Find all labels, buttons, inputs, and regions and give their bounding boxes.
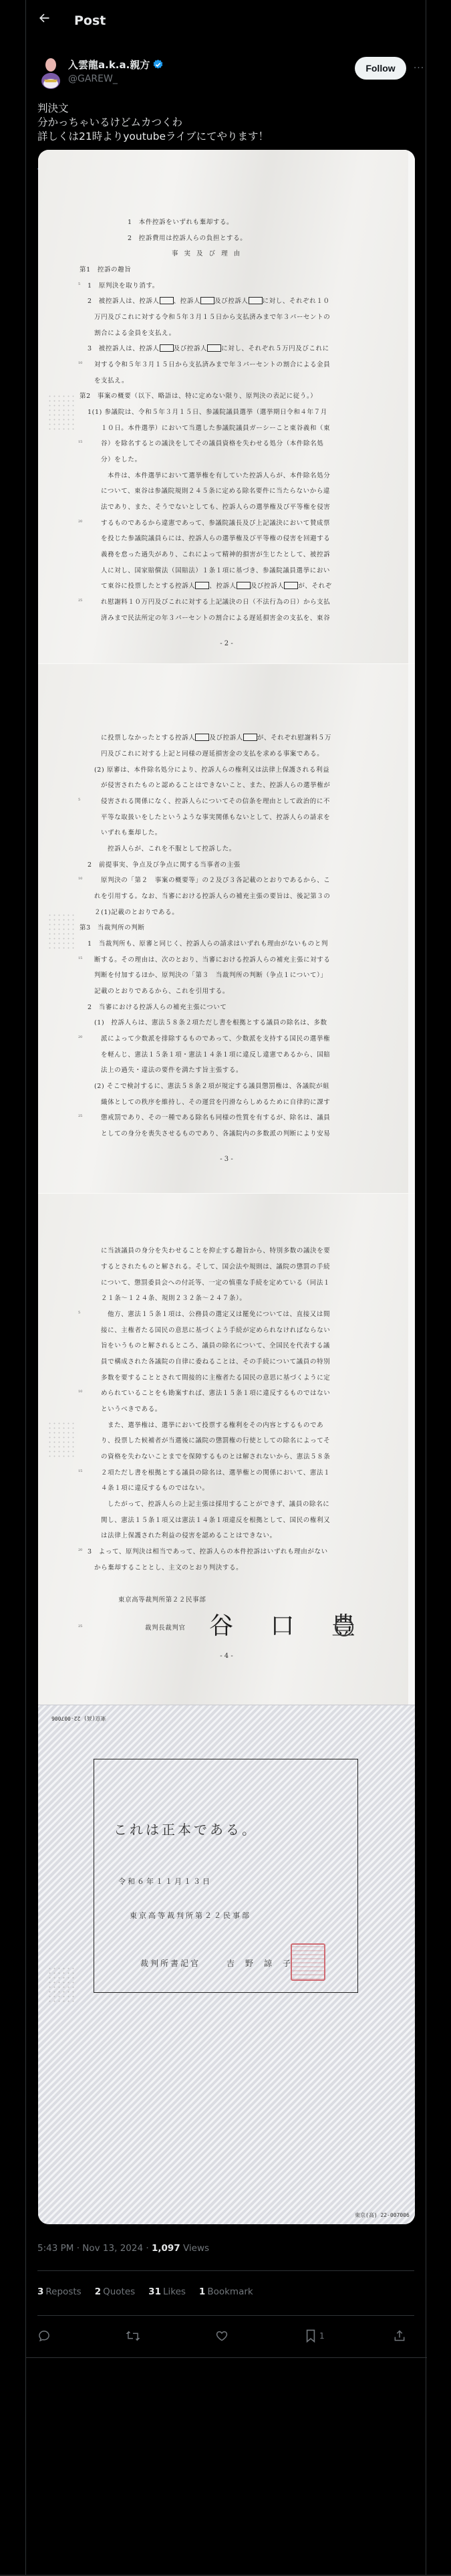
divider — [37, 2315, 414, 2316]
page-edge — [408, 664, 415, 1194]
post-time[interactable]: 5:43 PM — [37, 2243, 73, 2254]
doc-line: 法上の過失・違法の要件を満たす旨主張する。 — [101, 1065, 243, 1074]
reply-icon — [37, 2329, 51, 2343]
doc-line: するものであるから違憲であって、参議院議長及び上記議決において賛成票 — [101, 518, 330, 527]
doc-line: (2) そこで検討するに、憲法５８条２項が規定する議員懲罰権は、各議院が組 — [94, 1081, 329, 1090]
redaction-box — [243, 734, 257, 741]
doc-line: 法であり、また、そうでないとしても、控訴人らの選挙権及び平等権を侵害 — [101, 502, 330, 511]
doc-line: 1 原判決を取り消す。 — [88, 280, 159, 290]
doc-line: としての身分を喪失させるものであり、各議院内の多数派の判断により安易 — [101, 1128, 330, 1138]
doc-line: ２１条～１２４条、規則２３２条～２４７条）。 — [101, 1293, 246, 1302]
serial-number: 東京(高) 22-007006 — [355, 2212, 410, 2219]
doc-line: を支払え。 — [94, 375, 128, 385]
page-edge — [408, 1194, 415, 1705]
bookmarks-label: Bookmark — [207, 2286, 253, 2297]
doc-line: 派によって少数派を排除するものであって、少数派を支持する国民の選挙権 — [101, 1033, 330, 1043]
punch-hole-dots — [47, 1421, 74, 1458]
doc-line: 分）をした。 — [101, 454, 142, 463]
page-title: Post — [74, 13, 106, 28]
doc-line: ４条１項に違反するものではない。 — [101, 1483, 209, 1492]
reposts-stat[interactable]: 3Reposts — [37, 2286, 82, 2297]
line-number: 15 — [78, 956, 82, 960]
name-row: 入雲龍a.k.a.親方 — [68, 58, 164, 72]
likes-label: Likes — [163, 2286, 186, 2297]
punch-hole-dots — [47, 394, 74, 431]
certification-title: これは正本である。 — [114, 1819, 258, 1838]
bookmarks-count: 1 — [199, 2286, 205, 2297]
reply-button[interactable] — [37, 2328, 51, 2344]
clerk-name: 吉 野 諒 子 — [227, 1957, 292, 1969]
court-name: 東京高等裁判所第２２民事部 — [118, 1594, 206, 1604]
certification-court: 東京高等裁判所第２２民事部 — [130, 1910, 251, 1921]
engagement-stats: 3Reposts 2Quotes 31Likes 1Bookmark — [37, 2286, 253, 2297]
doc-section-heading: 第2 事案の概要（以下、略語は、特に定めない限り、原判決の表記に従う。） — [80, 391, 317, 400]
line-number: 5 — [78, 798, 80, 802]
doc-line: 控訴人らが、これを不服として控訴した。 — [108, 843, 236, 853]
line-number: 20 — [78, 1548, 82, 1552]
doc-line: (2) 原審は、本件除名処分により、控訴人らの権利又は法律上保護される利益 — [94, 764, 329, 774]
certification-date: 令和６年１１月１３日 — [118, 1876, 212, 1887]
redaction-box — [284, 582, 298, 589]
line-number: 25 — [78, 599, 82, 603]
doc-line: ２(1)記載のとおりである。 — [94, 907, 178, 916]
likes-count: 31 — [148, 2286, 161, 2297]
likes-stat[interactable]: 31Likes — [148, 2286, 186, 2297]
doc-line: 割合による金員を支払え。 — [94, 328, 176, 337]
line-number: 25 — [78, 1624, 82, 1628]
document-page-2: 1 本件控訴をいずれも棄却する。 2 控訴費用は控訴人らの負担とする。 事 実 … — [38, 150, 415, 664]
doc-section-heading: 第1 控訴の趣旨 — [80, 264, 131, 274]
doc-line: は法律上保護された利益の侵害を認めることはできない。 — [101, 1530, 277, 1539]
doc-line: 記載のとおりであるから、これを引用する。 — [94, 986, 229, 995]
page-number: - 2 - — [38, 640, 415, 647]
doc-line: 関し、憲法１５条１項又は憲法１４条１項違反を根拠として、国民の権利又 — [101, 1515, 330, 1524]
line-number: 10 — [78, 1390, 82, 1394]
doc-line: (1) 控訴人らは、憲法５８条２項ただし書を根拠とする議員の除名は、多数 — [94, 1017, 327, 1027]
avatar[interactable] — [37, 57, 64, 89]
line-number: 15 — [78, 1469, 82, 1473]
reposts-label: Reposts — [45, 2286, 81, 2297]
doc-line: いずれも棄却した。 — [101, 827, 162, 837]
doc-section-heading: 2 前提事実、争点及び争点に関する当事者の主張 — [88, 859, 241, 869]
post-timestamp: 5:43 PM · Nov 13, 2024 · 1,097 Views — [37, 2243, 209, 2254]
document-page-4: に当該議員の身分を失わせることを抑止する趣旨から、特別多数の議決を要 するとされ… — [38, 1194, 415, 1705]
doc-section-heading: 第3 当裁判所の判断 — [80, 922, 145, 932]
doc-line: 済みまで民法所定の年３パーセントの割合による遅延損害金の支払を、東谷 — [101, 613, 330, 622]
doc-line: 他方、憲法１５条１項は、公務員の選定又は罷免については、直接又は間 — [108, 1309, 330, 1318]
doc-line: 織体としての秩序を維持し、その運営を円滑ならしめるために自律的に課す — [101, 1097, 330, 1106]
quotes-count: 2 — [95, 2286, 101, 2297]
bookmark-count: 1 — [319, 2331, 325, 2341]
clerk-title: 裁判所書記官 — [140, 1957, 200, 1969]
post-date[interactable]: Nov 13, 2024 — [82, 2243, 143, 2254]
line-number: 20 — [78, 1035, 82, 1039]
doc-line: 対する令和５年３月１５日から支払済みまで年３パーセントの割合による金員 — [94, 359, 330, 368]
page-number: - 3 - — [38, 1156, 415, 1163]
doc-line: 3 被控訴人は、控訴人及び控訴人に対し、それぞれ５万円及びこれに — [88, 343, 329, 352]
doc-line: また、選挙権は、選挙において投票する権利をその内容とするものであ — [108, 1420, 323, 1429]
display-name[interactable]: 入雲龍a.k.a.親方 — [68, 58, 150, 72]
punch-hole-dots — [47, 1966, 74, 2003]
more-options-icon[interactable]: ··· — [412, 62, 426, 75]
doc-line: 平等な取扱いをしたというような事実関係もないとして、控訴人らの請求を — [101, 812, 330, 821]
arrow-left-icon — [37, 11, 51, 25]
doc-line: 万円及びこれに対する令和５年３月１５日から支払済みまで年３パーセントの — [94, 312, 330, 321]
judge-title: 裁判長裁判官 — [145, 1622, 186, 1632]
punch-hole-dots — [47, 913, 74, 950]
doc-line: 員で構成された各議院の自律に委ねることは、その手続について議員の特別 — [101, 1356, 330, 1366]
redaction-box — [237, 582, 251, 589]
doc-line: 多数を要することとされて間接的に主権者たる国民の意思に基づくように定 — [101, 1372, 330, 1382]
doc-line: 断する。その理由は、次のとおり、当審における控訴人らの補充主張に対する — [94, 954, 331, 964]
verified-badge-icon — [152, 59, 164, 70]
doc-line: に投票しなかったとする控訴人及び控訴人が、それぞれ慰謝料５万 — [101, 732, 331, 742]
action-bar: 1 — [37, 2328, 414, 2344]
doc-line: り、投票した候補者が当選後に議院の懲罰権の行使としての除名によってそ — [101, 1435, 330, 1444]
line-number: 25 — [78, 1114, 82, 1118]
page-number: - 4 - — [38, 1652, 415, 1660]
doc-line: について、東谷は参議院規則２４５条に定める除名要件に当たらないから違 — [101, 486, 330, 495]
repost-button[interactable] — [126, 2328, 140, 2344]
divider — [37, 2270, 414, 2271]
serial-number-mirrored: 東京(高) 22-007006 — [51, 1715, 106, 1722]
redaction-box — [249, 297, 263, 304]
judge-seal — [335, 1618, 353, 1636]
redaction-box — [200, 297, 214, 304]
follow-button[interactable]: Follow — [355, 57, 406, 80]
redaction-box — [160, 297, 174, 304]
doc-line: から棄却することとし、主文のとおり判決する。 — [94, 1562, 243, 1572]
doc-line: 原判決の「第２ 事案の概要等」の２及び３各記載のとおりであるから、こ — [101, 875, 330, 884]
page-edge — [408, 150, 415, 664]
doc-line: 3 よって、原判決は相当であって、控訴人らの本件控訴はいずれも理由がない — [88, 1546, 328, 1555]
doc-section-heading: 2 当審における控訴人らの補充主張について — [88, 1002, 227, 1011]
doc-heading: 事 実 及 び 理 由 — [172, 248, 242, 257]
doc-line: 旨をいうものと解されるところ、議員の除名について、全国民を代表する議 — [101, 1340, 330, 1350]
doc-line: 接に、主権者たる国民の意思に基づくよう手続が定められなければならない — [101, 1325, 330, 1334]
separator-dot: · — [77, 2243, 83, 2254]
line-number: 5 — [78, 1311, 80, 1315]
redaction-box — [195, 582, 209, 589]
bookmarks-stat[interactable]: 1Bookmark — [199, 2286, 253, 2297]
line-number: 10 — [78, 877, 82, 881]
doc-line: ２項ただし書を根拠とする議員の除名は、選挙権との関係において、憲法１ — [101, 1467, 330, 1477]
top-bar: Post — [26, 0, 427, 35]
doc-line: の資格を失わないことまでを保障するものとは解されないから、憲法５８条 — [101, 1451, 330, 1461]
doc-line: 2 被控訴人は、控訴人、控訴人及び控訴人に対し、それぞれ１０ — [88, 296, 330, 305]
document-page-3: に投票しなかったとする控訴人及び控訴人が、それぞれ慰謝料５万 円及びこれに対する… — [38, 664, 415, 1194]
heart-icon — [215, 2329, 229, 2343]
reposts-count: 3 — [37, 2286, 43, 2297]
line-number: 20 — [78, 520, 82, 524]
redaction-box — [207, 344, 221, 352]
separator-dot: · — [146, 2243, 152, 2254]
doc-line: を軽んじ、憲法１５条１項・憲法１４条１項に違反し違憲であるから、国賠 — [101, 1049, 330, 1059]
doc-line: 1 本件控訴をいずれも棄却する。 — [128, 217, 233, 226]
views-count: 1,097 — [152, 2243, 180, 2254]
doc-line: れを引用する。なお、当審における控訴人らの補充主張の要旨は、後記第３の — [94, 891, 331, 900]
doc-line: 本件は、本件選挙において選挙権を有していた控訴人らが、本件除名処分 — [108, 470, 330, 479]
doc-line: するとされたものと解される。そして、国会法や規則は、議院の懲罰の手続 — [101, 1261, 330, 1271]
doc-line: が侵害されたものと認めることはできないこと、また、控訴人らの選挙権が — [101, 780, 330, 789]
bookmark-icon — [305, 2329, 317, 2343]
redaction-box — [195, 734, 209, 741]
doc-line: 侵害される関係になく、控訴人らについてその信条を理由として政治的に不 — [101, 796, 330, 805]
quotes-stat[interactable]: 2Quotes — [95, 2286, 135, 2297]
doc-line: て東谷に投票したとする控訴人、控訴人及び控訴人が、それぞ — [101, 580, 332, 590]
doc-line: 義務を怠った過失があり、これによって精神的損害が生じたとして、被控訴 — [101, 549, 330, 558]
line-number: 10 — [78, 361, 82, 365]
doc-line: に当該議員の身分を失わせることを抑止する趣旨から、特別多数の議決を要 — [101, 1245, 330, 1255]
post-bottom-border — [26, 2357, 427, 2358]
doc-line: 人に対し、国家賠償法（国賠法）１条１項に基づき、参議院議員選挙におい — [101, 565, 330, 574]
doc-line: を投じた参議院議員らには、控訴人らの選挙権及び平等権の侵害を回避する — [101, 533, 330, 542]
certificate-page: 東京(高) 22-007006 これは正本である。 令和６年１１月１３日 東京高… — [38, 1705, 415, 2224]
doc-line: 懲戒罰であり、その一種である除名も同様の性質を有するが、除名は、議員 — [101, 1112, 330, 1121]
views-label: Views — [183, 2243, 209, 2254]
doc-line: 2 控訴費用は控訴人らの負担とする。 — [128, 233, 247, 242]
doc-line: れ慰謝料１０万円及びこれに対する上記議決の日（不法行為の日）から支払 — [101, 597, 330, 606]
doc-line: 1(1) 参議院は、令和５年３月１５日、参議院議員選挙（選挙期日令和４年７月 — [88, 407, 327, 416]
redaction-box — [160, 344, 174, 352]
doc-line: １０日。本件選挙）において当選した参議院議員ガーシーこと東谷義和（東 — [101, 423, 330, 432]
quotes-label: Quotes — [103, 2286, 135, 2297]
share-button[interactable] — [393, 2328, 406, 2344]
doc-line: したがって、控訴人らの上記主張は採用することができず、議員の除名に — [108, 1499, 329, 1508]
repost-icon — [126, 2329, 140, 2343]
line-number: 5 — [78, 282, 80, 286]
back-button[interactable] — [35, 9, 53, 27]
doc-line: について、懲罰委員会への付託等、一定の慎重な手続を定めている（同法１ — [101, 1277, 330, 1287]
post-text: 判決文 分かっちゃいるけどムカつくわ 詳しくは21時よりyoutubeライブにて… — [37, 102, 412, 144]
post-author: 入雲龍a.k.a.親方 @GAREW_ Follow ··· — [37, 53, 418, 94]
avatar-image-icon — [37, 57, 64, 89]
doc-line: 判断を付加するほか、原判決の「第３ 当裁判所の判断（争点１について）」 — [94, 970, 327, 979]
bookmark-button[interactable]: 1 — [305, 2328, 325, 2344]
main-column: Post 入雲龍a.k.a.親方 @GAREW_ Follow ··· 判決文 … — [25, 0, 426, 2576]
like-button[interactable] — [215, 2328, 229, 2344]
user-handle[interactable]: @GAREW_ — [68, 74, 118, 84]
line-number: 15 — [78, 440, 82, 444]
red-court-seal — [291, 1943, 325, 1981]
doc-line: 1 当裁判所も、原審と同じく、控訴人らの請求はいずれも理由がないものと判 — [88, 938, 328, 948]
share-icon — [393, 2329, 406, 2343]
doc-line: というべきである。 — [101, 1404, 162, 1413]
doc-line: 円及びこれに対する上記と同様の遅延損害金の支払を求める事案である。 — [101, 748, 323, 758]
doc-line: 谷）を除名するとの議決をしてその議員資格を失わせる処分（本件除名処 — [101, 438, 323, 447]
doc-line: められていることをも勘案すれば、憲法１５条１項に違反するものではない — [101, 1388, 330, 1397]
post-media-image[interactable]: 1 本件控訴をいずれも棄却する。 2 控訴費用は控訴人らの負担とする。 事 実 … — [38, 150, 415, 2224]
